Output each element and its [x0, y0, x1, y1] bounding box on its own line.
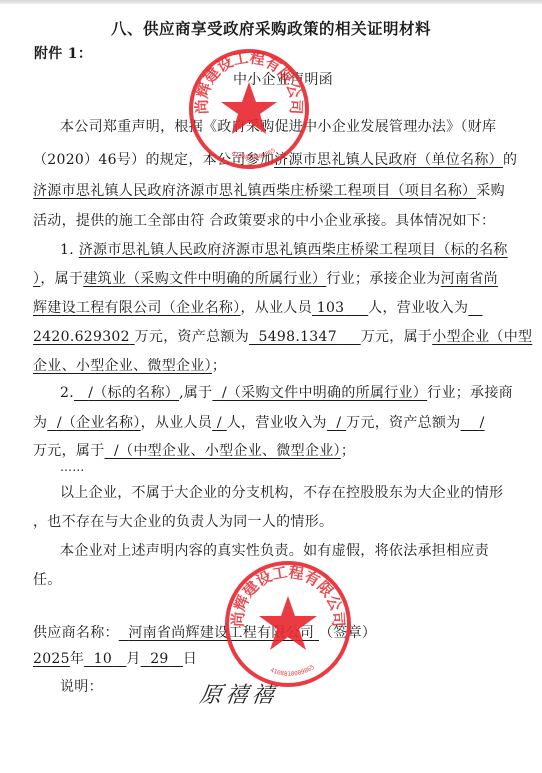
closing-line-4: 任。 — [33, 571, 62, 589]
item1-line-2: ），属于建筑业（采购文件中明确的所属行业）行业；承接企业为河南省尚 — [33, 270, 498, 288]
date-year: 2025 — [33, 651, 70, 667]
item1-revenue-unit: 万元，资产总额为 — [135, 329, 249, 345]
svg-text:4108810009865: 4108810009865 — [269, 664, 316, 678]
item1-size-part2: 企业、小型企业、微型企业） — [33, 358, 212, 374]
intro-text-2b: 的 — [503, 152, 517, 168]
item2-line-1: 2. /（标的名称）,属于 /（采购文件中明确的所属行业）行业；承接商 — [60, 384, 513, 402]
ellipsis: …… — [60, 458, 85, 476]
item2-revenue-unit: 万元，资产总额为 — [346, 415, 460, 431]
intro-text-1: 本公司郑重声明，根据《政府采购促进中小企业发展管理办法》（财库 — [60, 119, 496, 135]
item2-industry: /（采购文件中明确的所属行业） — [222, 385, 427, 401]
item1-employees-unit: 人，营业收入为 — [368, 300, 468, 316]
item2-line-2: 为 /（企业名称），从业人员 / 人，营业收入为 / 万元，资产总额为 / — [33, 414, 485, 432]
date-line: 2025年 10 月 29 日 — [33, 650, 197, 668]
item1-company-part1: 河南省尚 — [441, 271, 498, 287]
item2-revenue-value: / — [336, 415, 341, 431]
item2-size-field: /（中型企业、小型企业、微型企业） — [105, 443, 341, 459]
item2-project: /（标的名称） — [88, 385, 179, 401]
intro-text-4: 活动，提供的施工全部由符 合政策要求的中小企业承接。具体情况如下： — [33, 213, 495, 229]
item1-assets-value: 5498.1347 — [259, 329, 337, 345]
intro-text-3b: 采购 — [476, 183, 505, 199]
item2-employees-field: / — [212, 415, 227, 431]
item1-employees-label: ，从业人员 — [241, 300, 313, 316]
item2-end: ； — [341, 443, 355, 459]
seal-note: （签章） — [319, 625, 376, 641]
item1-revenue-gap — [468, 300, 482, 316]
svg-text:尚辉建设工程有限公司: 尚辉建设工程有限公司 — [229, 563, 348, 627]
date-day-field: 29 — [141, 651, 183, 667]
item2-project-field: /（标的名称） — [74, 385, 179, 401]
date-month-unit: 月 — [126, 651, 140, 667]
item1-assets-field: 5498.1347 — [249, 329, 361, 345]
date-day: 29 — [150, 651, 168, 667]
item2-revenue-field: / — [327, 415, 346, 431]
item1-line-3: 辉建设工程有限公司（企业名称），从业人员 103 人，营业收入为 — [33, 299, 483, 317]
intro-line-4: 活动，提供的施工全部由符 合政策要求的中小企业承接。具体情况如下： — [33, 212, 495, 230]
intro-line-2: （2020）46号）的规定，本公司参加济源市思礼镇人民政府（单位名称）的 — [33, 151, 517, 169]
subtitle-text: 中小企业声明函 — [233, 72, 333, 88]
item2-company-field: /（企业名称） — [47, 415, 140, 431]
closing-line-1: 以上企业，不属于大企业的分支机构，不存在控股股东为大企业的情形 — [60, 484, 503, 502]
date-day-unit: 日 — [183, 651, 197, 667]
item1-size-part1: 小型企业（中型 — [432, 329, 532, 345]
date-month-field: 10 — [84, 651, 126, 667]
item1-industry-suffix: 行业；承接企业为 — [326, 271, 440, 287]
item1-belongs-to: ，属于 — [40, 271, 83, 287]
project-name: 济源市思礼镇人民政府济源市思礼镇西柴庄桥梁工程项目（项目名称） — [33, 183, 476, 199]
item2-industry-suffix: 行业；承接商 — [427, 385, 513, 401]
note-label: 说明： — [60, 678, 103, 696]
item1-employees-value: 103 — [317, 300, 345, 316]
item2-employees-value: / — [217, 415, 222, 431]
handwritten-signature: 原禧禧 — [198, 678, 280, 709]
closing-line-3: 本企业对上述声明内容的真实性负责。如有虚假，将依法承担相应责 — [60, 542, 489, 560]
intro-text-2a: （2020）46号）的规定，本公司参加 — [33, 152, 274, 168]
item2-company-prefix: 为 — [33, 415, 47, 431]
closing-line-2: ，也不存在与大企业的负责人为同一人的情形。 — [33, 513, 333, 531]
item2-employees-unit: 人，营业收入为 — [227, 415, 327, 431]
item2-assets-field: / — [461, 415, 485, 431]
page-title: 八、供应商享受政府采购政策的相关证明材料 — [0, 17, 542, 39]
item2-employees-label: ，从业人员 — [141, 415, 213, 431]
item1-company-part2: 辉建设工程有限公司（企业名称） — [33, 300, 241, 316]
item1-line-4: 2420.629302 万元，资产总额为 5498.1347 万元，属于小型企业… — [33, 328, 532, 346]
item1-revenue-field: 2420.629302 — [33, 329, 135, 345]
intro-line-1: 本公司郑重声明，根据《政府采购促进中小企业发展管理办法》（财库 — [60, 118, 496, 136]
item1-end: ； — [212, 358, 226, 374]
item1-number: 1. — [60, 242, 74, 258]
date-year-unit: 年 — [70, 651, 84, 667]
item2-company: /（企业名称） — [57, 415, 141, 431]
item2-industry-field: /（采购文件中明确的所属行业） — [212, 385, 427, 401]
intro-line-3: 济源市思礼镇人民政府济源市思礼镇西柴庄桥梁工程项目（项目名称）采购 — [33, 182, 505, 200]
purchaser-name: 济源市思礼镇人民政府（单位名称） — [274, 152, 503, 168]
supplier-line: 供应商名称： 河南省尚辉建设工程有限公司 （签章） — [33, 624, 376, 642]
item1-assets-unit: 万元，属于 — [361, 329, 433, 345]
item1-industry: 建筑业（采购文件中明确的所属行业） — [83, 271, 326, 287]
item2-assets-unit: 万元，属于 — [33, 443, 105, 459]
attachment-label: 附件 1： — [34, 45, 92, 63]
item1-project-name: 济源市思礼镇人民政府济源市思礼镇西柴庄桥梁工程项目（标的名称 — [79, 242, 508, 258]
item2-belongs-to: ,属于 — [179, 385, 212, 401]
supplier-name-field: 河南省尚辉建设工程有限公司 — [119, 625, 319, 641]
item1-employees-field: 103 — [312, 300, 368, 316]
item2-number: 2. — [60, 385, 74, 401]
supplier-label: 供应商名称： — [33, 625, 119, 641]
date-month: 10 — [94, 651, 112, 667]
document-page: 八、供应商享受政府采购政策的相关证明材料 附件 1： 中小企业声明函 本公司郑重… — [0, 0, 542, 773]
item1-revenue-value: 2420.629302 — [33, 329, 130, 345]
item2-size: /（中型企业、小型企业、微型企业） — [114, 443, 341, 459]
item1-line-1: 1. 济源市思礼镇人民政府济源市思礼镇西柴庄桥梁工程项目（标的名称 — [60, 241, 508, 259]
supplier-name: 河南省尚辉建设工程有限公司 — [128, 625, 314, 641]
item1-line-5: 企业、小型企业、微型企业）； — [33, 357, 226, 375]
item2-assets-value: / — [480, 415, 485, 431]
declaration-subtitle: 中小企业声明函 — [0, 71, 542, 89]
